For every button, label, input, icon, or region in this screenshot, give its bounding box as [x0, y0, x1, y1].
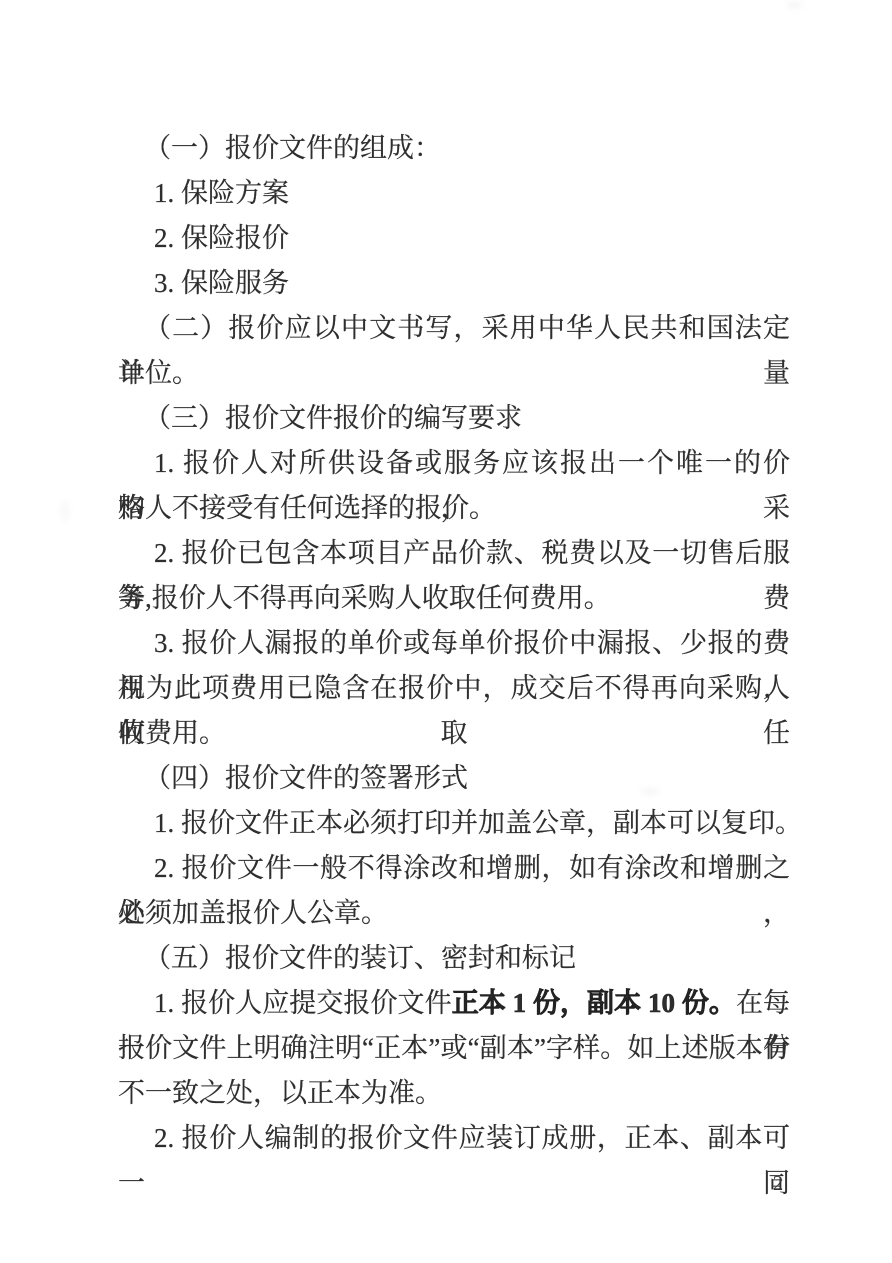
document-line: 1. 保险方案 [118, 171, 790, 216]
document-line: 不一致之处，以正本为准。 [118, 1071, 790, 1116]
text-segment: 1. 报价文件正本必须打印并加盖公章，副本可以复印。 [154, 808, 802, 838]
document-line: 2. 报价文件一般不得涂改和增删，如有涂改和增删之处， [118, 846, 790, 891]
text-segment: 1. 保险方案 [154, 178, 289, 208]
text-segment: 必须加盖报价人公章。 [118, 898, 388, 928]
text-segment: 购人不接受有任何选择的报价。 [118, 493, 496, 523]
text-segment: 2. 报价人编制的报价文件应装订成册，正本、副本可一同 [118, 1123, 790, 1198]
text-segment: （一）报价文件的组成： [144, 133, 441, 163]
document-line: 报价文件上明确注明“正本”或“副本”字样。如上述版本有 [118, 1026, 790, 1071]
document-line: 2. 保险报价 [118, 216, 790, 261]
text-block: （一）报价文件的组成：1. 保险方案2. 保险报价3. 保险服务（二）报价应以中… [118, 126, 790, 1161]
scan-smudge [60, 500, 70, 522]
page-number: 2 [760, 1168, 796, 1198]
scan-smudge [786, 2, 802, 8]
document-line: 3. 报价人漏报的单价或每单价报价中漏报、少报的费用， [118, 621, 790, 666]
document-line: （二）报价应以中文书写，采用中华人民共和国法定计量 [118, 306, 790, 351]
document-line: （三）报价文件报价的编写要求 [118, 396, 790, 441]
text-segment: 单位。 [118, 358, 199, 388]
text-segment: 1. 报价人应提交报价文件 [154, 988, 452, 1018]
text-segment: 报价文件上明确注明“正本”或“副本”字样。如上述版本有 [118, 1033, 790, 1063]
text-segment: 2. 保险报价 [154, 223, 289, 253]
document-line: 3. 保险服务 [118, 261, 790, 306]
document-line: 1. 报价人对所供设备或服务应该报出一个唯一的价格，采 [118, 441, 790, 486]
document-line: （一）报价文件的组成： [118, 126, 790, 171]
document-line: 1. 报价文件正本必须打印并加盖公章，副本可以复印。 [118, 801, 790, 846]
document-page: （一）报价文件的组成：1. 保险方案2. 保险报价3. 保险服务（二）报价应以中… [0, 0, 892, 1263]
text-segment: 何费用。 [118, 718, 226, 748]
text-segment: （二）报价应以中文书写，采用中华人民共和国法定计量 [118, 313, 790, 388]
bold-text-segment: 正本 1 份，副本 10 份。 [452, 988, 736, 1018]
document-line: （五）报价文件的装订、密封和标记 [118, 936, 790, 981]
text-segment: （五）报价文件的装订、密封和标记 [144, 943, 576, 973]
document-line: 2. 报价人编制的报价文件应装订成册，正本、副本可一同 [118, 1116, 790, 1161]
text-segment: 3. 保险服务 [154, 268, 289, 298]
text-segment: 等,报价人不得再向采购人收取任何费用。 [118, 583, 611, 613]
document-line: 2. 报价已包含本项目产品价款、税费以及一切售后服务费 [118, 531, 790, 576]
text-segment: （四）报价文件的签署形式 [144, 763, 468, 793]
document-line: （四）报价文件的签署形式 [118, 756, 790, 801]
document-line: 视为此项费用已隐含在报价中，成交后不得再向采购人收取任 [118, 666, 790, 711]
text-segment: 不一致之处，以正本为准。 [118, 1078, 442, 1108]
document-line: 1. 报价人应提交报价文件正本 1 份，副本 10 份。在每一份 [118, 981, 790, 1026]
text-segment: （三）报价文件报价的编写要求 [144, 403, 522, 433]
